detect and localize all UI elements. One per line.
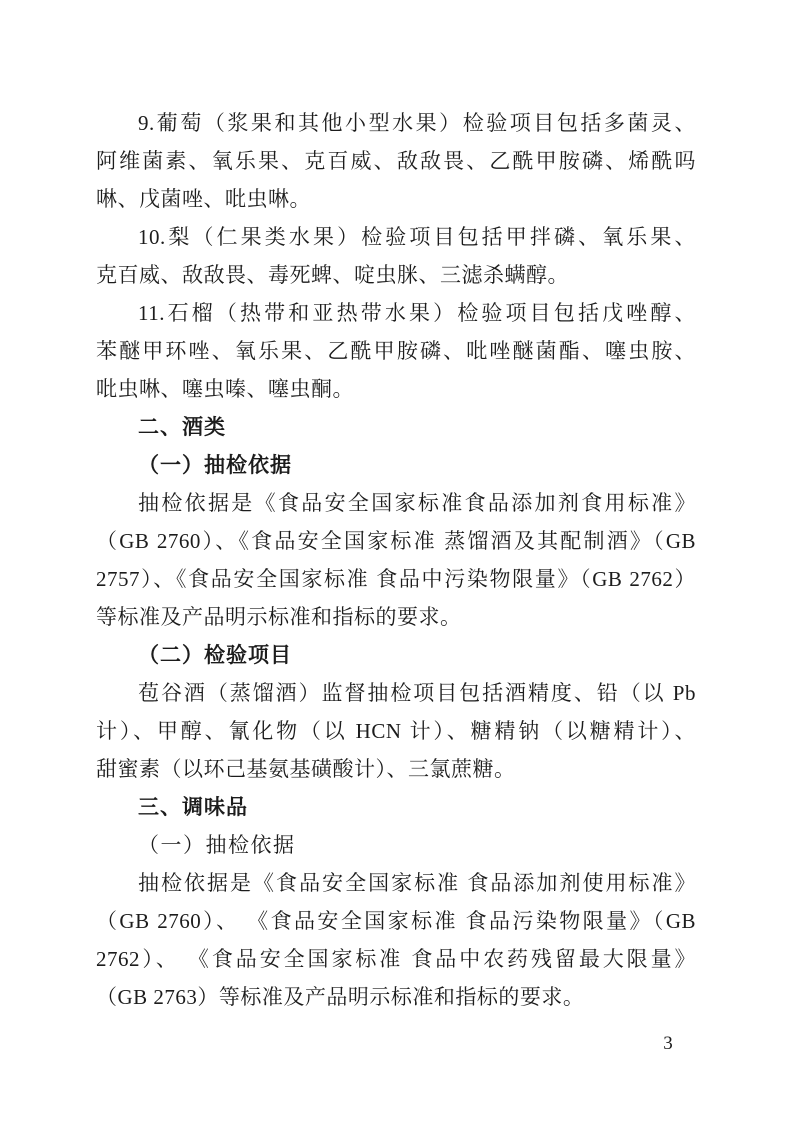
text-line: 阿维菌素、氧乐果、克百威、敌敌畏、乙酰甲胺磷、烯酰吗 xyxy=(96,142,696,180)
text-line: 抽检依据是《食品安全国家标准 食品添加剂使用标准》 xyxy=(96,864,696,902)
text-line: （GB 2763）等标准及产品明示标准和指标的要求。 xyxy=(96,978,696,1016)
document-page: 9.葡萄（浆果和其他小型水果）检验项目包括多菌灵、阿维菌素、氧乐果、克百威、敌敌… xyxy=(0,0,793,1122)
text-line: 三、调味品 xyxy=(96,788,696,826)
text-line: 吡虫啉、噻虫嗪、噻虫酮。 xyxy=(96,370,696,408)
text-line: 等标准及产品明示标准和指标的要求。 xyxy=(96,598,696,636)
text-line: 二、酒类 xyxy=(96,408,696,446)
document-body: 9.葡萄（浆果和其他小型水果）检验项目包括多菌灵、阿维菌素、氧乐果、克百威、敌敌… xyxy=(96,104,696,1016)
text-line: 10.梨（仁果类水果）检验项目包括甲拌磷、氧乐果、 xyxy=(96,218,696,256)
text-line: 11.石榴（热带和亚热带水果）检验项目包括戊唑醇、 xyxy=(96,294,696,332)
text-line: 苯醚甲环唑、氧乐果、乙酰甲胺磷、吡唑醚菌酯、噻虫胺、 xyxy=(96,332,696,370)
page-number: 3 xyxy=(658,1032,678,1056)
text-line: 抽检依据是《食品安全国家标准食品添加剂食用标准》 xyxy=(96,484,696,522)
text-line: 克百威、敌敌畏、毒死蜱、啶虫脒、三滤杀螨醇。 xyxy=(96,256,696,294)
text-line: （一）抽检依据 xyxy=(96,446,696,484)
text-line: （二）检验项目 xyxy=(96,636,696,674)
text-line: 啉、戊菌唑、吡虫啉。 xyxy=(96,180,696,218)
text-line: 甜蜜素（以环己基氨基磺酸计）、三氯蔗糖。 xyxy=(96,750,696,788)
text-line: 2757）、《食品安全国家标准 食品中污染物限量》（GB 2762） xyxy=(96,560,696,598)
text-line: （一）抽检依据 xyxy=(96,826,696,864)
text-line: 计）、甲醇、氰化物（以 HCN 计）、糖精钠（以糖精计）、 xyxy=(96,712,696,750)
text-line: 9.葡萄（浆果和其他小型水果）检验项目包括多菌灵、 xyxy=(96,104,696,142)
text-line: 苞谷酒（蒸馏酒）监督抽检项目包括酒精度、铅（以 Pb xyxy=(96,674,696,712)
text-line: （GB 2760）、《食品安全国家标准 蒸馏酒及其配制酒》（GB xyxy=(96,522,696,560)
text-line: （GB 2760）、 《食品安全国家标准 食品污染物限量》（GB xyxy=(96,902,696,940)
text-line: 2762）、 《食品安全国家标准 食品中农药残留最大限量》 xyxy=(96,940,696,978)
